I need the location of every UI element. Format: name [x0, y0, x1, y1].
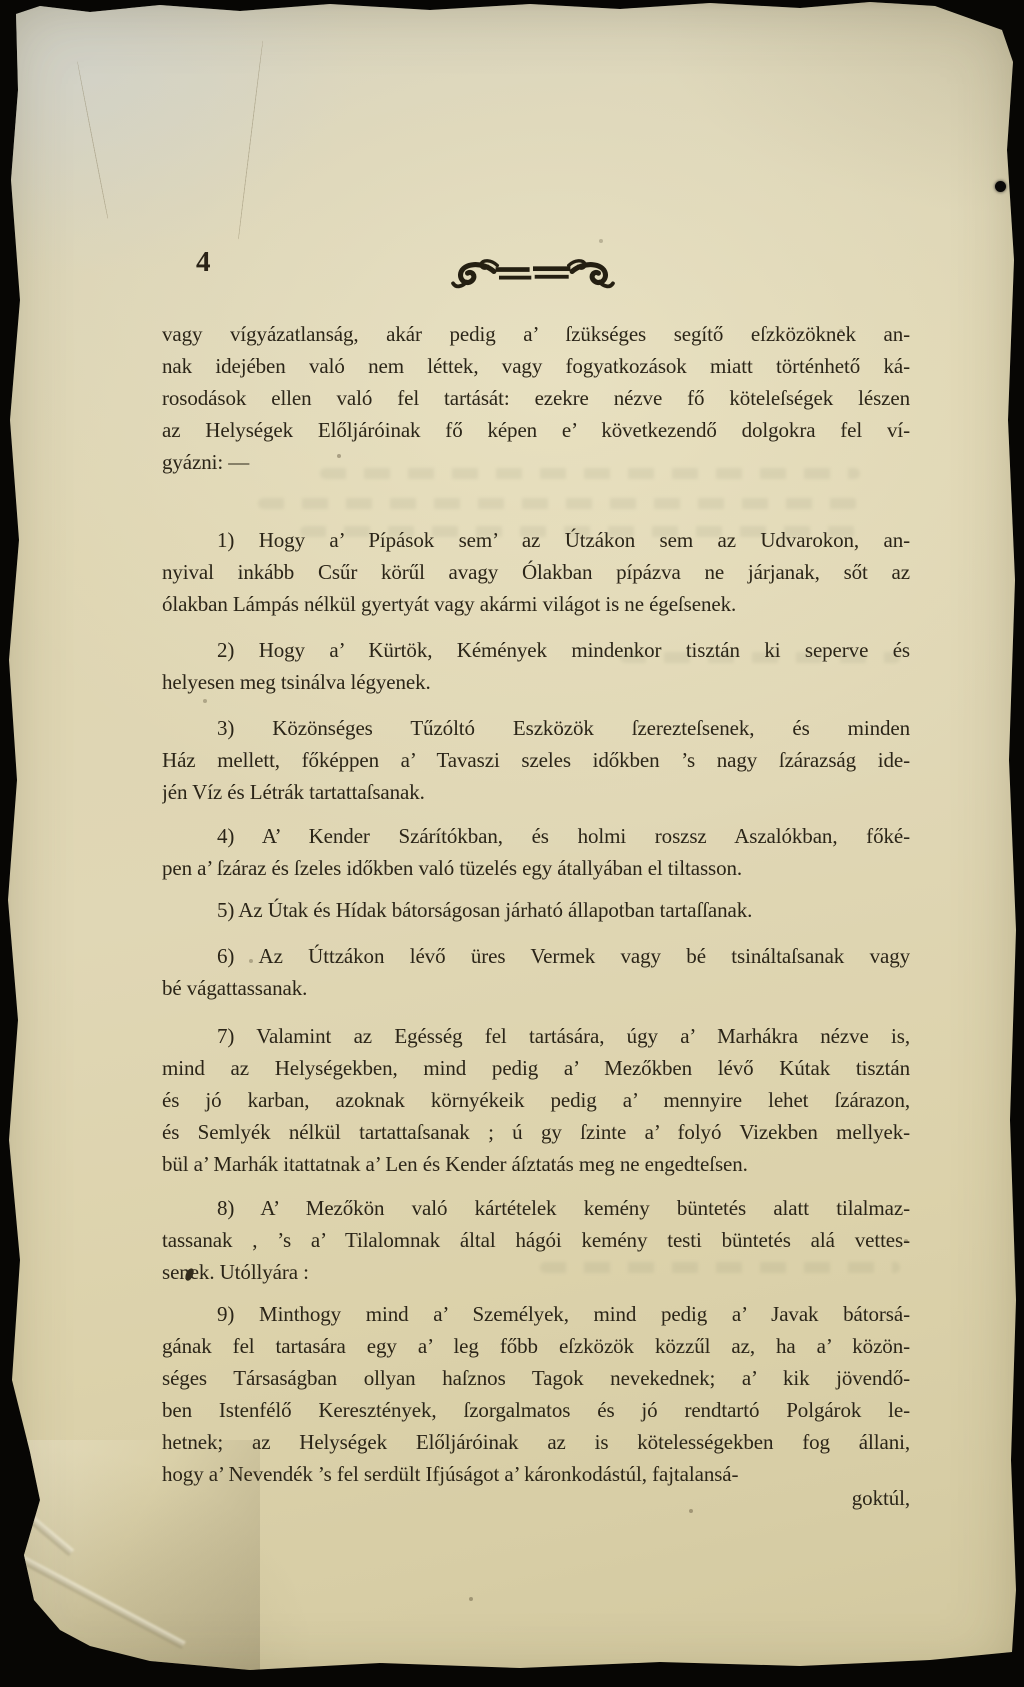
numbered-paragraph: 7) Valamint az Egésség fel tartására, úg… [162, 1020, 910, 1180]
text-line: senek. Utóllyára : [162, 1256, 910, 1288]
numbered-paragraph: 1) Hogy a’ Pípások sem’ az Útzákon sem a… [162, 524, 910, 620]
worm-hole [995, 181, 1006, 192]
text-line: és jó karban, azoknak környékeik pedig a… [162, 1084, 910, 1116]
text-line: 7) Valamint az Egésség fel tartására, úg… [162, 1020, 910, 1052]
numbered-paragraph: 4) A’ Kender Szárítókban, és holmi roszs… [162, 820, 910, 884]
paper-specks [0, 0, 2, 2]
text-line: 9) Minthogy mind a’ Személyek, mind pedi… [162, 1298, 910, 1330]
text-line: gának fel tartasára egy a’ leg főbb eſzk… [162, 1330, 910, 1362]
text-line: ólakban Lámpás nélkül gyertyát vagy akár… [162, 588, 910, 620]
numbered-paragraph: 3) Közönséges Tűzóltó Eszközök ſzerezteſ… [162, 712, 910, 808]
text-line: 3) Közönséges Tűzóltó Eszközök ſzerezteſ… [162, 712, 910, 744]
fold-crease [0, 1492, 74, 1556]
text-line: ben Istenfélő Keresztények, ſzorgalmatos… [162, 1394, 910, 1426]
text-line: vagy vígyázatlanság, akár pedig a’ ſzüks… [162, 318, 910, 350]
paper-fibre [238, 41, 263, 240]
fold-crease [0, 1543, 186, 1649]
text-line: gyázni: — [162, 446, 910, 478]
numbered-paragraph: 2) Hogy a’ Kürtök, Kémények mindenkor ti… [162, 634, 910, 698]
numbered-paragraph: 6) Az Úttzákon lévő üres Vermek vagy bé … [162, 940, 910, 1004]
numbered-paragraph: 5) Az Útak és Hídak bátorságosan járható… [162, 894, 910, 926]
text-line: pen a’ ſzáraz és ſzeles időkben való tüz… [162, 852, 910, 884]
document-page: 4 [0, 0, 1024, 1687]
text-line: 1) Hogy a’ Pípások sem’ az Útzákon sem a… [162, 524, 910, 556]
text-line: 6) Az Úttzákon lévő üres Vermek vagy bé … [162, 940, 910, 972]
text-line: és Semlyék nélkül tartattaſsanak ; ú gy … [162, 1116, 910, 1148]
numbered-paragraph: 9) Minthogy mind a’ Személyek, mind pedi… [162, 1298, 910, 1490]
text-block: vagy vígyázatlanság, akár pedig a’ ſzüks… [162, 318, 910, 1514]
text-line: nak idejében való nem léttek, vagy fogya… [162, 350, 910, 382]
text-line: 2) Hogy a’ Kürtök, Kémények mindenkor ti… [162, 634, 910, 666]
text-line: az Helységek Előljáróinak fő képen e’ kö… [162, 414, 910, 446]
numbered-paragraph: 8) A’ Mezőkön való kártételek kemény bün… [162, 1192, 910, 1288]
text-line: tassanak , ’s a’ Tilalomnak által hágói … [162, 1224, 910, 1256]
text-line: bül a’ Marhák itattatnak a’ Len és Kende… [162, 1148, 910, 1180]
paper-fibre [77, 61, 109, 218]
text-line: Ház mellett, főképpen a’ Tavaszi szeles … [162, 744, 910, 776]
text-line: 8) A’ Mezőkön való kártételek kemény bün… [162, 1192, 910, 1224]
text-line: 5) Az Útak és Hídak bátorságosan járható… [162, 894, 910, 926]
text-line: mind az Helységekben, mind pedig a’ Mező… [162, 1052, 910, 1084]
text-line: rosodások ellen való fel tartását: ezekr… [162, 382, 910, 414]
text-line: helyesen meg tsinálva légyenek. [162, 666, 910, 698]
page-number: 4 [196, 246, 212, 279]
text-line: bé vágattassanak. [162, 972, 910, 1004]
header-rule-ornament-icon [448, 254, 618, 294]
text-line: séges Társaságban ollyan haſznos Tagok n… [162, 1362, 910, 1394]
text-line: nyival inkább Csűr körűl avagy Ólakban p… [162, 556, 910, 588]
intro-paragraph: vagy vígyázatlanság, akár pedig a’ ſzüks… [162, 318, 910, 478]
photo-background: 4 [0, 0, 1024, 1687]
text-line: hetnek; az Helységek Előljáróinak az is … [162, 1426, 910, 1458]
text-line: 4) A’ Kender Szárítókban, és holmi roszs… [162, 820, 910, 852]
text-line: jén Víz és Létrák tartattaſsanak. [162, 776, 910, 808]
